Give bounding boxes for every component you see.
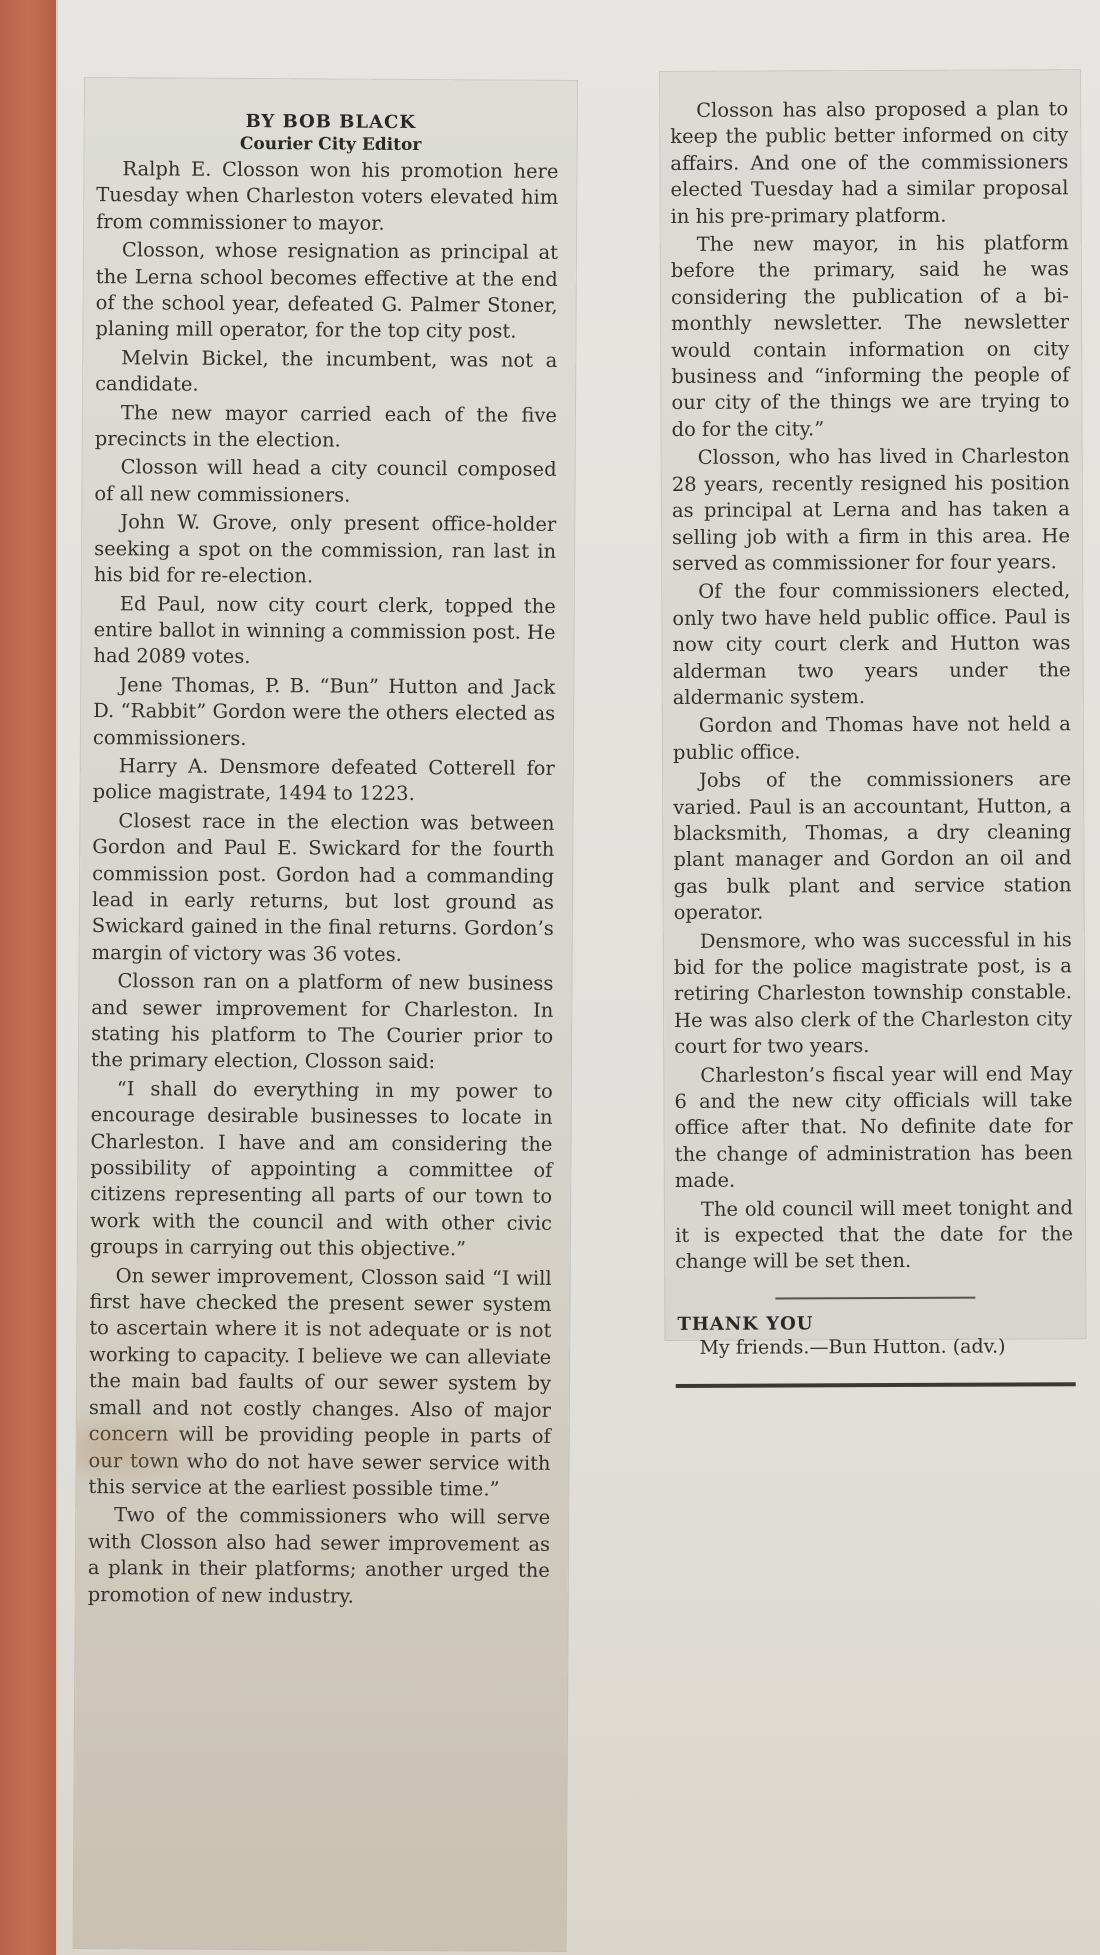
paragraph: Closest race in the election was between… (92, 808, 555, 969)
news-clipping-right-column: Closson has also proposed a plan to keep… (660, 70, 1086, 1340)
paragraph: The new mayor carried each of the five p… (95, 400, 557, 456)
paragraph: Ralph E. Closson won his promotion here … (96, 156, 558, 238)
paragraph: The old council will meet tonight and it… (675, 1195, 1073, 1276)
paragraph: Charleston’s fiscal year will end May 6 … (674, 1061, 1073, 1195)
paragraph: Closson, whose resignation as principal … (95, 237, 558, 345)
ad-body: My friends.—Bun Hutton. (adv.) (666, 1334, 1086, 1360)
ad-title: THANK YOU (665, 1312, 1085, 1336)
paragraph: Closson has also proposed a plan to keep… (670, 96, 1069, 230)
paragraph: Closson, who has lived in Charleston 28 … (672, 443, 1071, 577)
paragraph: Jobs of the commissioners are varied. Pa… (673, 766, 1072, 926)
paragraph: Two of the commissioners who will serve … (88, 1502, 551, 1610)
paragraph: Closson will head a city council compose… (94, 455, 556, 511)
byline-title: Courier City Editor (85, 132, 577, 157)
left-column-text: Ralph E. Closson won his promotion here … (76, 156, 577, 1611)
paragraph: On sewer improvement, Closson said “I wi… (88, 1263, 551, 1503)
paragraph: Melvin Bickel, the incumbent, was not a … (95, 345, 557, 401)
paragraph: Harry A. Densmore defeated Cotterell for… (93, 753, 555, 809)
paragraph: The new mayor, in his platform before th… (671, 230, 1070, 443)
byline: BY BOB BLACK (85, 110, 577, 135)
paragraph: John W. Grove, only present office-holde… (94, 509, 556, 591)
paragraph: “I shall do everything in my power to en… (90, 1076, 553, 1264)
scrapbook-binder-edge (0, 0, 58, 1955)
paragraph: Densmore, who was successful in his bid … (674, 927, 1073, 1061)
paragraph: Jene Thomas, P. B. “Bun” Hutton and Jack… (93, 672, 555, 754)
right-column-text: Closson has also proposed a plan to keep… (660, 70, 1085, 1276)
section-divider (775, 1297, 975, 1300)
paragraph: Closson ran on a platform of new busines… (91, 968, 554, 1076)
paragraph: Ed Paul, now city court clerk, topped th… (93, 591, 555, 673)
paragraph: Of the four commissioners elected, only … (672, 578, 1071, 712)
paragraph: Gordon and Thomas have not held a public… (673, 712, 1071, 767)
news-clipping-left-column: BY BOB BLACK Courier City Editor Ralph E… (74, 78, 577, 1951)
